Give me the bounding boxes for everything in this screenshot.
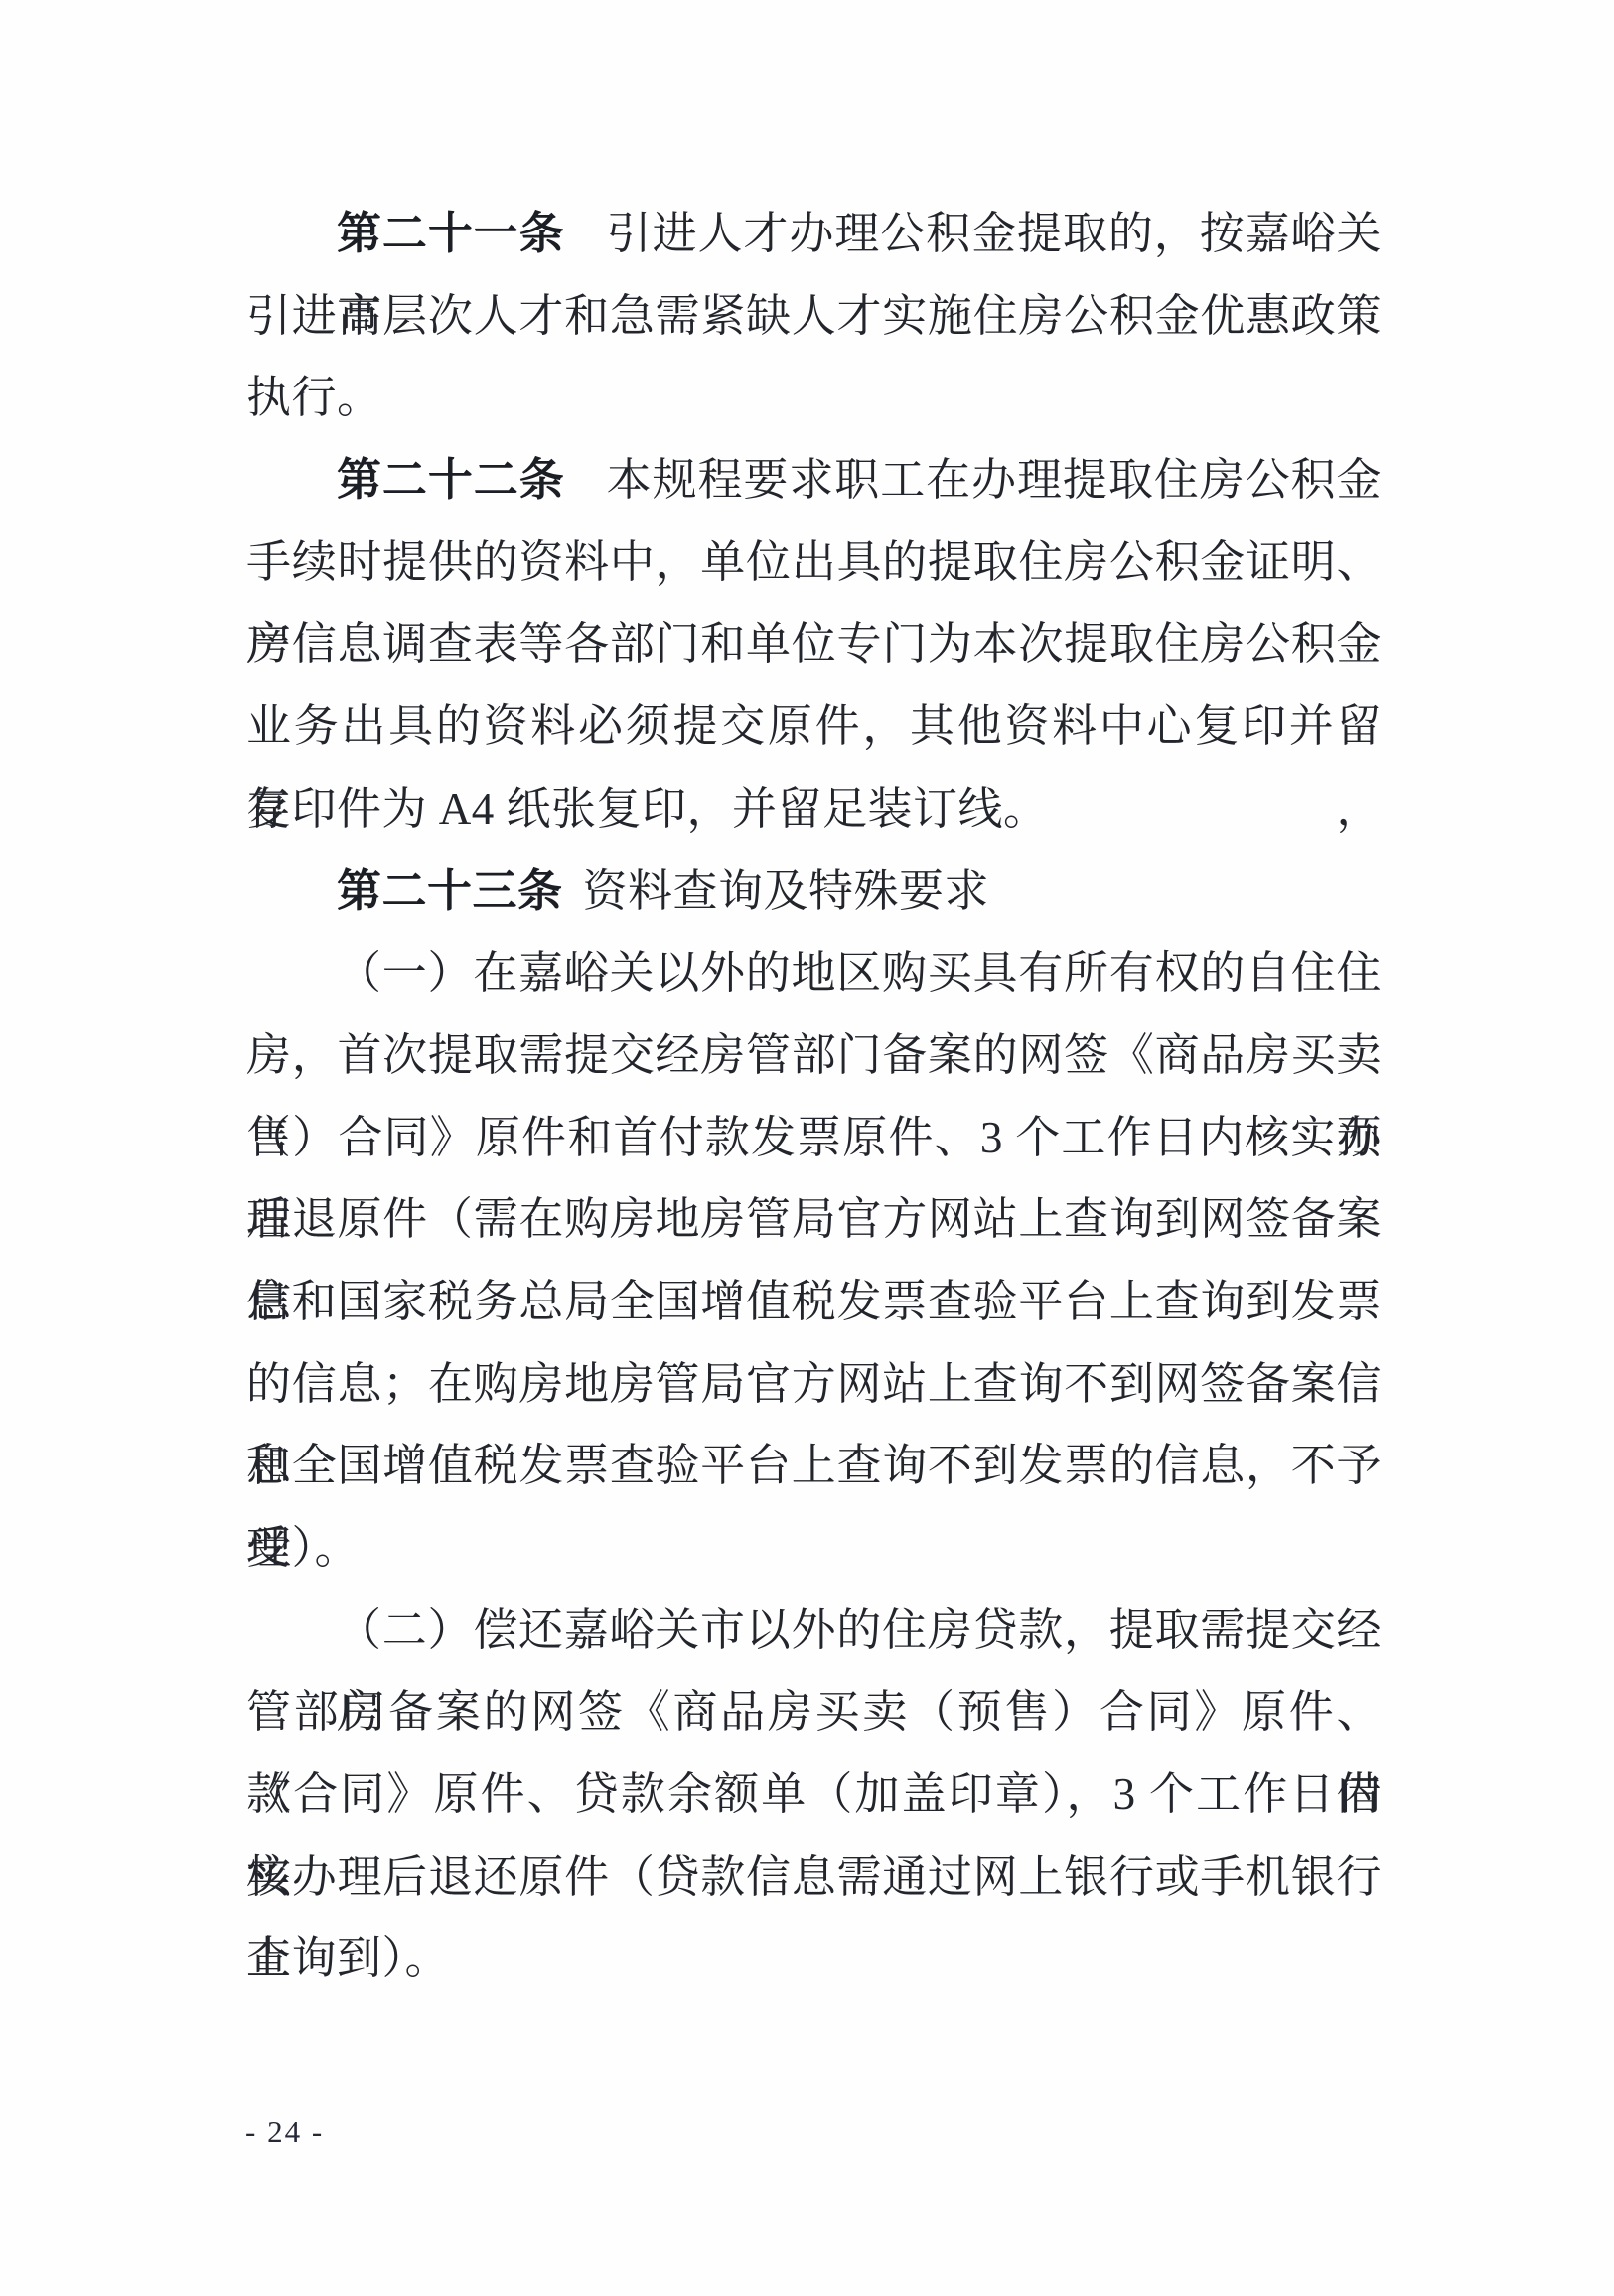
article-heading: 第二十一条 bbox=[337, 209, 565, 258]
doc-line-text: 息和国家税务总局全国增值税发票查验平台上查询到发票 bbox=[246, 1277, 1382, 1326]
doc-line: 后退原件（需在购房地房管局官方网站上查询到网签备案信 bbox=[246, 1178, 1382, 1261]
doc-line-text: 查询到）。 bbox=[246, 1933, 450, 1983]
doc-line: 手续时提供的资料中，单位出具的提取住房公积金证明、房 bbox=[246, 522, 1382, 604]
doc-line-text: 复印件为 A4 纸张复印，并留足装订线。 bbox=[246, 784, 1049, 834]
doc-line: 执行。 bbox=[246, 357, 1382, 439]
doc-line: 和全国增值税发票查验平台上查询不到发票的信息，不予受 bbox=[246, 1425, 1382, 1507]
doc-line: 理）。 bbox=[246, 1507, 1382, 1590]
doc-line: 实办理后退还原件（贷款信息需通过网上银行或手机银行上 bbox=[246, 1836, 1382, 1918]
doc-line: 房，首次提取需提交经房管部门备案的网签《商品房买卖（预 bbox=[246, 1014, 1382, 1097]
doc-line-text: 本规程要求职工在办理提取住房公积金 bbox=[607, 455, 1382, 505]
doc-line: 业务出具的资料必须提交原件，其他资料中心复印并留存， bbox=[246, 686, 1382, 768]
page-number: - 24 - bbox=[245, 2112, 324, 2152]
article-heading: 第二十二条 bbox=[337, 455, 565, 505]
article-heading: 第二十三条 bbox=[337, 866, 563, 916]
doc-line-text: 产信息调查表等各部门和单位专门为本次提取住房公积金 bbox=[246, 619, 1382, 669]
doc-line: 管部门备案的网签《商品房买卖（预售）合同》原件、《借 bbox=[246, 1671, 1382, 1754]
doc-line: 售）合同》原件和首付款发票原件、3 个工作日内核实办理 bbox=[246, 1097, 1382, 1179]
doc-line-text: 执行。 bbox=[246, 373, 382, 422]
doc-line-text: 资料查询及特殊要求 bbox=[583, 866, 990, 916]
document-body: 第二十一条引进人才办理公积金提取的，按嘉峪关市 引进高层次人才和急需紧缺人才实施… bbox=[246, 193, 1382, 2000]
doc-line: 引进高层次人才和急需紧缺人才实施住房公积金优惠政策 bbox=[246, 275, 1382, 358]
doc-line: 息和国家税务总局全国增值税发票查验平台上查询到发票 bbox=[246, 1261, 1382, 1343]
doc-line: 查询到）。 bbox=[246, 1917, 1382, 2000]
doc-line: 款合同》原件、贷款余额单（加盖印章），3 个工作日内核 bbox=[246, 1754, 1382, 1836]
document-page: 第二十一条引进人才办理公积金提取的，按嘉峪关市 引进高层次人才和急需紧缺人才实施… bbox=[0, 0, 1614, 2296]
doc-line: 产信息调查表等各部门和单位专门为本次提取住房公积金 bbox=[246, 603, 1382, 686]
doc-line: 第二十一条引进人才办理公积金提取的，按嘉峪关市 bbox=[246, 193, 1382, 275]
doc-line-text: 引进高层次人才和急需紧缺人才实施住房公积金优惠政策 bbox=[246, 291, 1382, 341]
doc-line: 第二十二条本规程要求职工在办理提取住房公积金 bbox=[246, 439, 1382, 522]
doc-line: （一）在嘉峪关以外的地区购买具有所有权的自住住 bbox=[246, 932, 1382, 1014]
doc-line: 的信息；在购房地房管局官方网站上查询不到网签备案信息 bbox=[246, 1343, 1382, 1426]
doc-line-text: 理）。 bbox=[246, 1523, 360, 1573]
doc-line-text: （一）在嘉峪关以外的地区购买具有所有权的自住住 bbox=[337, 948, 1382, 997]
doc-line: 第二十三条资料查询及特殊要求 bbox=[246, 850, 1382, 933]
doc-line: （二）偿还嘉峪关市以外的住房贷款，提取需提交经房 bbox=[246, 1590, 1382, 1672]
